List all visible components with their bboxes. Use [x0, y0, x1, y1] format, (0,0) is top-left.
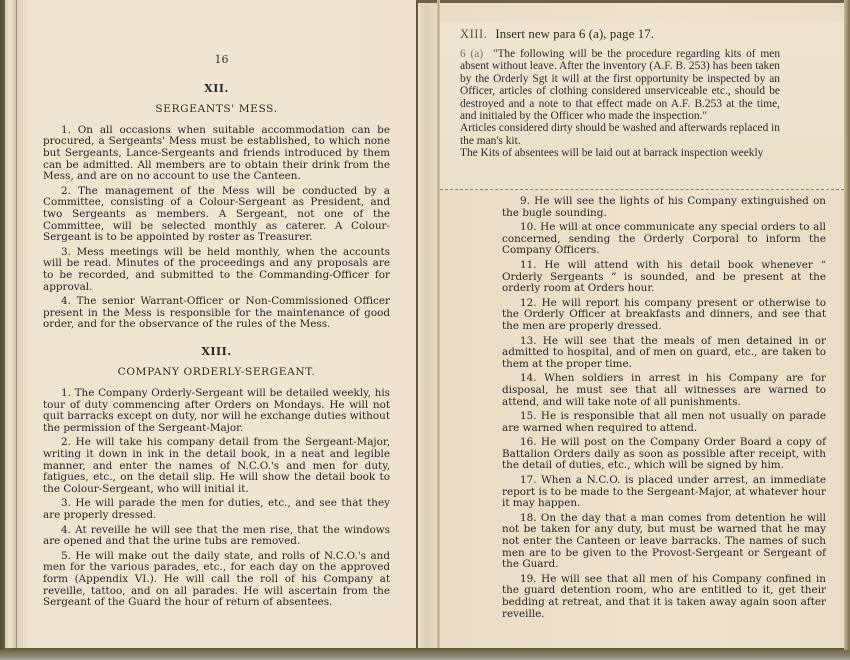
paragraph: 1. On all occasions when suitable accomm…	[43, 125, 390, 183]
amendment-heading: XIII.Insert new para 6 (a), page 17.	[460, 27, 780, 42]
paragraph: 16. He will post on the Company Order Bo…	[502, 437, 826, 472]
right-page-content: 9. He will see the lights of his Company…	[502, 196, 826, 623]
paragraph: 12. He will report his company present o…	[502, 298, 826, 333]
amendment-para-tag: 6 (a)	[460, 48, 483, 60]
page-number: 16	[53, 54, 390, 66]
paragraph: 4. The senior Warrant-Officer or Non-Com…	[43, 296, 390, 331]
cover-edge	[844, 0, 850, 660]
amendment-addendum: Articles considered dirty should be wash…	[460, 122, 780, 147]
book-bottom-edge	[0, 650, 850, 660]
left-page-content: 16 XII. SERGEANTS' MESS. 1. On all occas…	[43, 54, 390, 612]
paragraph: 11. He will attend with his detail book …	[502, 260, 826, 295]
paragraph: 10. He will at once communicate any spec…	[502, 222, 826, 257]
paragraph: 4. At reveille he will see that the men …	[43, 525, 390, 548]
paragraph: 1. The Company Orderly-Sergeant will be …	[43, 388, 390, 434]
amendment-slip: XIII.Insert new para 6 (a), page 17. 6 (…	[440, 22, 844, 190]
paragraph: 19. He will see that all men of his Comp…	[502, 574, 826, 620]
section-title: COMPANY ORDERLY-SERGEANT.	[43, 367, 390, 379]
section-number: XIII.	[43, 346, 390, 358]
section-number: XII.	[43, 83, 390, 95]
section-title: SERGEANTS' MESS.	[43, 104, 390, 116]
amendment-addendum: The Kits of absentees will be laid out a…	[460, 147, 780, 159]
amendment-text: "The following will be the procedure reg…	[460, 48, 780, 122]
amendment-body: 6 (a) "The following will be the procedu…	[460, 48, 780, 160]
paragraph: 2. He will take his company detail from …	[43, 437, 390, 495]
paragraph: 9. He will see the lights of his Company…	[502, 196, 826, 219]
paragraph: 3. Mess meetings will be held monthly, w…	[43, 247, 390, 293]
amendment-instruction: Insert new para 6 (a), page 17.	[495, 27, 654, 41]
paragraph: 3. He will parade the men for duties, et…	[43, 498, 390, 521]
paragraph: 13. He will see that the meals of men de…	[502, 336, 826, 371]
paragraph: 17. When a N.C.O. is placed under arrest…	[502, 475, 826, 510]
paragraph: 18. On the day that a man comes from det…	[502, 513, 826, 571]
paragraph: 15. He is responsible that all men not u…	[502, 411, 826, 434]
amendment-section: XIII.	[460, 27, 487, 41]
page-stack-edge	[5, 0, 17, 648]
paragraph: 5. He will make out the daily state, and…	[43, 551, 390, 609]
paragraph: 2. The management of the Mess will be co…	[43, 186, 390, 244]
paragraph: 14. When soldiers in arrest in his Compa…	[502, 373, 826, 408]
